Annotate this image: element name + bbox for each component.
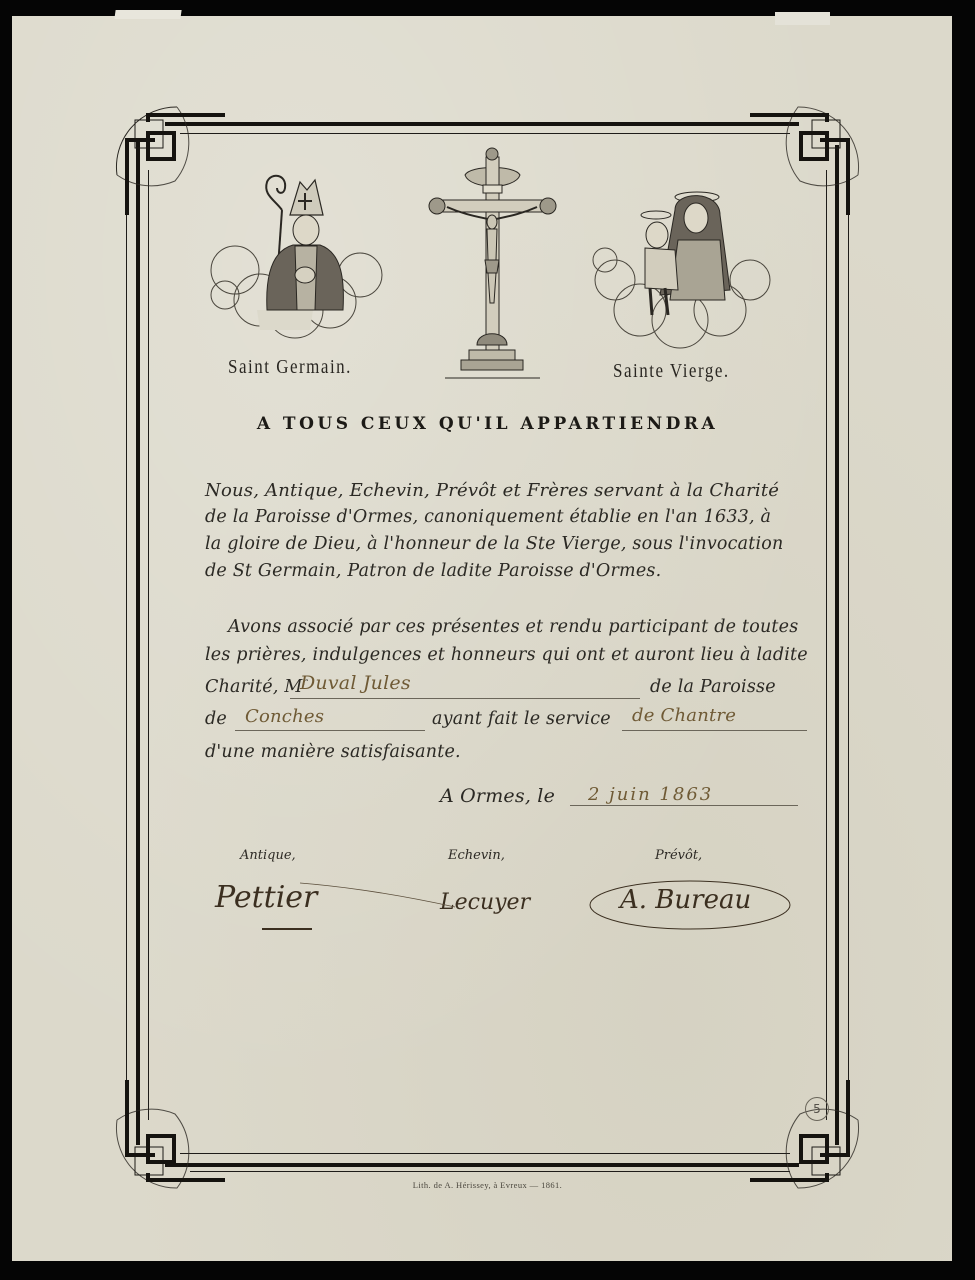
body-line-3: la gloire de Dieu, à l'honneur de la Ste… — [205, 534, 784, 554]
printer-imprint: Lith. de A. Hérissey, à Evreux — 1861. — [0, 1180, 975, 1190]
body-line-5: Avons associé par ces présentes et rendu… — [228, 617, 798, 637]
date-underline — [570, 805, 798, 806]
body-line-2: de la Paroisse d'Ormes, canoniquement ét… — [205, 507, 771, 527]
signature-flourish-line — [300, 875, 460, 915]
paper-tab-right — [775, 12, 830, 25]
body-line-6: les prières, indulgences et honneurs qui… — [205, 645, 808, 665]
signature-flourish-antique — [262, 928, 312, 930]
corner-ornament-bottom-right — [750, 1080, 860, 1190]
line-7-prefix: Charité, Mr — [205, 677, 307, 697]
member-name-field: Duval Jules — [300, 672, 411, 694]
service-underline — [622, 730, 807, 731]
member-name-underline — [290, 698, 640, 699]
service-field: de Chantre — [632, 705, 736, 726]
line-8-prefix: de — [205, 709, 227, 729]
body-line-1: Nous, Antique, Echevin, Prévôt et Frères… — [205, 480, 779, 501]
crucifix-icon — [425, 145, 560, 394]
date-field: 2 juin 1863 — [588, 784, 713, 805]
parish-field: Conches — [245, 706, 324, 727]
parish-underline — [235, 730, 425, 731]
corner-ornament-bottom-left — [115, 1080, 225, 1190]
signature-label-echevin: Echevin, — [448, 848, 505, 863]
caption-sainte-vierge: Sainte Vierge. — [613, 360, 730, 383]
paper-tab-left — [114, 10, 181, 19]
place-prefix: A Ormes, le — [440, 785, 555, 807]
certificate-headline: A TOUS CEUX QU'IL APPARTIENDRA — [0, 414, 975, 434]
body-line-4: de St Germain, Patron de ladite Paroisse… — [205, 561, 661, 581]
body-line-9: d'une manière satisfaisante. — [205, 742, 461, 762]
bishop-saint-icon — [205, 160, 385, 354]
signature-label-prevot: Prévôt, — [655, 848, 702, 863]
caption-saint-germain: Saint Germain. — [228, 356, 352, 379]
archive-stamp: 5 — [805, 1097, 829, 1121]
signature-label-antique: Antique, — [240, 848, 296, 863]
line-8-mid: ayant fait le service — [432, 709, 611, 729]
virgin-and-child-icon — [590, 170, 775, 354]
signature-flourish-prevot — [585, 872, 795, 942]
line-7-suffix: de la Paroisse — [650, 677, 776, 697]
